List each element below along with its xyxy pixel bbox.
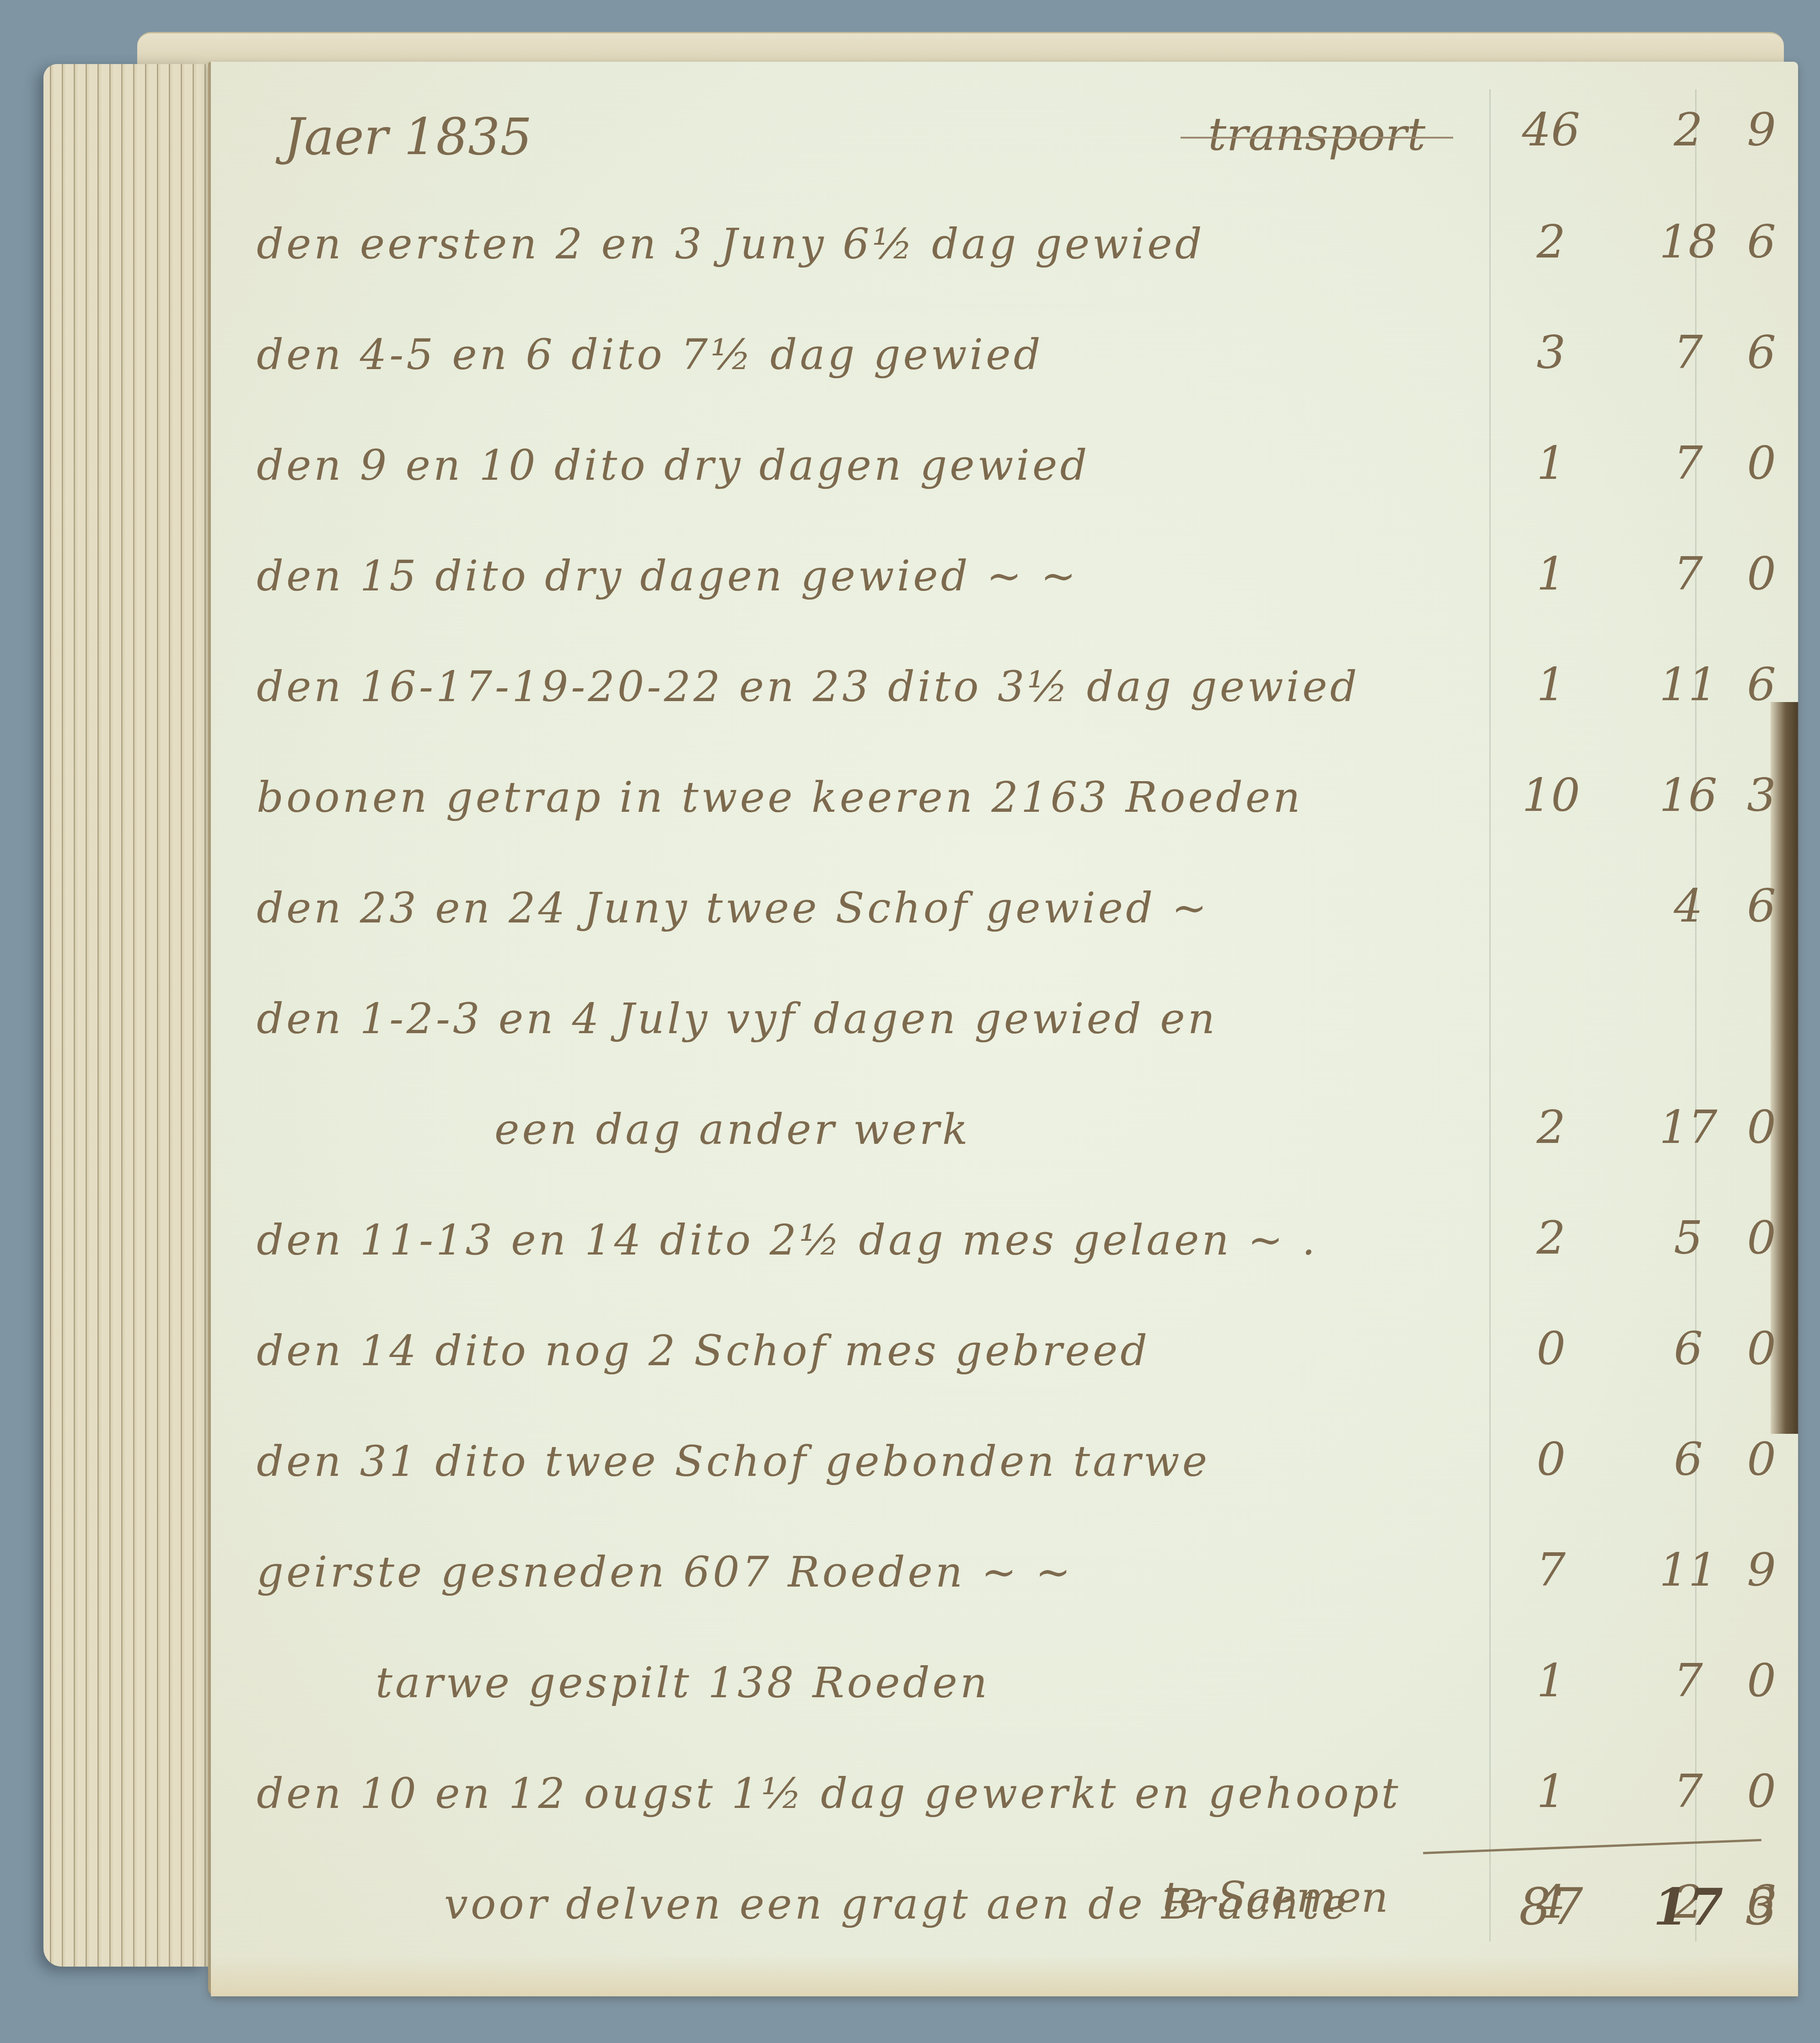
entry-description: den 31 dito twee Schof gebonden tarwe [257, 1437, 1210, 1486]
ledger-row: tarwe gespilt 138 Roeden170 [211, 1615, 1798, 1726]
ledger-row: den 15 dito dry dagen gewied ~ ~170 [211, 508, 1798, 619]
entry-guilders: 7 [1505, 1543, 1597, 1597]
entry-description: den eersten 2 en 3 Juny 6½ dag gewied [257, 220, 1205, 268]
year-heading: Jaer 1835 [284, 107, 532, 166]
entry-penningen: 6 [1716, 215, 1807, 268]
entry-guilders: 1 [1505, 658, 1597, 711]
entry-guilders: 2 [1505, 215, 1597, 268]
entry-description: den 16-17-19-20-22 en 23 dito 3½ dag gew… [257, 662, 1360, 711]
entry-penningen: 3 [1716, 768, 1807, 822]
ledger-row: den 10 en 12 ougst 1½ dag gewerkt en geh… [211, 1726, 1798, 1836]
page-bottom-edge [211, 1955, 1798, 1996]
ledger-row: den 23 en 24 Juny twee Schof gewied ~46 [211, 840, 1798, 951]
ledger-row: den 31 dito twee Schof gebonden tarwe060 [211, 1394, 1798, 1504]
transport-penningen: 9 [1716, 103, 1807, 156]
entry-description: den 11-13 en 14 dito 2½ dag mes gelaen ~… [257, 1216, 1318, 1265]
entry-penningen: 6 [1716, 326, 1807, 379]
entry-description: boonen getrap in twee keeren 2163 Roeden [257, 773, 1303, 822]
entry-description: den 15 dito dry dagen gewied ~ ~ [257, 552, 1079, 601]
ledger-row: den 1-2-3 en 4 July vyf dagen gewied en [211, 951, 1798, 1062]
ledger-page: Jaer 1835 transport 46 2 9 den eersten 2… [208, 62, 1798, 1996]
entry-description: den 14 dito nog 2 Schof mes gebreed [257, 1326, 1150, 1375]
entry-description: den 4-5 en 6 dito 7½ dag gewied [257, 330, 1043, 379]
entry-description: tarwe gespilt 138 Roeden [376, 1658, 990, 1707]
ledger-row: een dag ander werk2170 [211, 1062, 1798, 1172]
total-label: te Saemen [1162, 1873, 1388, 1922]
transport-label: transport [1208, 107, 1426, 161]
entry-penningen: 0 [1716, 547, 1807, 601]
entry-penningen: 6 [1716, 658, 1807, 711]
entry-penningen: 0 [1716, 436, 1807, 490]
entry-guilders: 2 [1505, 1100, 1597, 1154]
entry-guilders: 10 [1505, 768, 1597, 822]
entry-penningen: 0 [1716, 1654, 1807, 1707]
entry-guilders: 2 [1505, 1211, 1597, 1265]
entry-description: een dag ander werk [494, 1105, 971, 1154]
ledger-row: den 11-13 en 14 dito 2½ dag mes gelaen ~… [211, 1172, 1798, 1283]
entry-penningen: 0 [1716, 1432, 1807, 1486]
total-guilders: 87 [1505, 1877, 1597, 1936]
ledger-entries: den eersten 2 en 3 Juny 6½ dag gewied218… [211, 176, 1798, 1947]
ledger-row: geirste gesneden 607 Roeden ~ ~7119 [211, 1504, 1798, 1615]
entry-guilders: 1 [1505, 1764, 1597, 1818]
entry-description: den 23 en 24 Juny twee Schof gewied ~ [257, 884, 1210, 933]
entry-guilders: 3 [1505, 326, 1597, 379]
ledger-row: boonen getrap in twee keeren 2163 Roeden… [211, 729, 1798, 840]
book-page-stack [43, 64, 208, 1967]
total-row: te Saemen 87 17 3 [211, 1859, 1798, 1951]
entry-penningen: 0 [1716, 1322, 1807, 1375]
ledger-row: den 14 dito nog 2 Schof mes gebreed060 [211, 1283, 1798, 1394]
entry-guilders: 1 [1505, 547, 1597, 601]
entry-description: geirste gesneden 607 Roeden ~ ~ [257, 1548, 1074, 1597]
ledger-row: den eersten 2 en 3 Juny 6½ dag gewied218… [211, 176, 1798, 287]
ledger-row: den 9 en 10 dito dry dagen gewied170 [211, 397, 1798, 508]
entry-penningen: 6 [1716, 879, 1807, 933]
entry-guilders: 0 [1505, 1322, 1597, 1375]
entry-penningen: 0 [1716, 1211, 1807, 1265]
entry-penningen: 9 [1716, 1543, 1807, 1597]
entry-guilders: 0 [1505, 1432, 1597, 1486]
entry-guilders: 1 [1505, 436, 1597, 490]
entry-description: den 9 en 10 dito dry dagen gewied [257, 441, 1090, 490]
entry-description: den 10 en 12 ougst 1½ dag gewerkt en geh… [257, 1769, 1401, 1818]
entry-penningen: 0 [1716, 1764, 1807, 1818]
transport-guilders: 46 [1505, 103, 1597, 156]
total-penningen: 3 [1716, 1877, 1807, 1936]
ledger-row: den 4-5 en 6 dito 7½ dag gewied376 [211, 287, 1798, 397]
entry-guilders: 1 [1505, 1654, 1597, 1707]
entry-description: den 1-2-3 en 4 July vyf dagen gewied en [257, 994, 1218, 1043]
entry-penningen: 0 [1716, 1100, 1807, 1154]
ledger-row: den 16-17-19-20-22 en 23 dito 3½ dag gew… [211, 619, 1798, 729]
